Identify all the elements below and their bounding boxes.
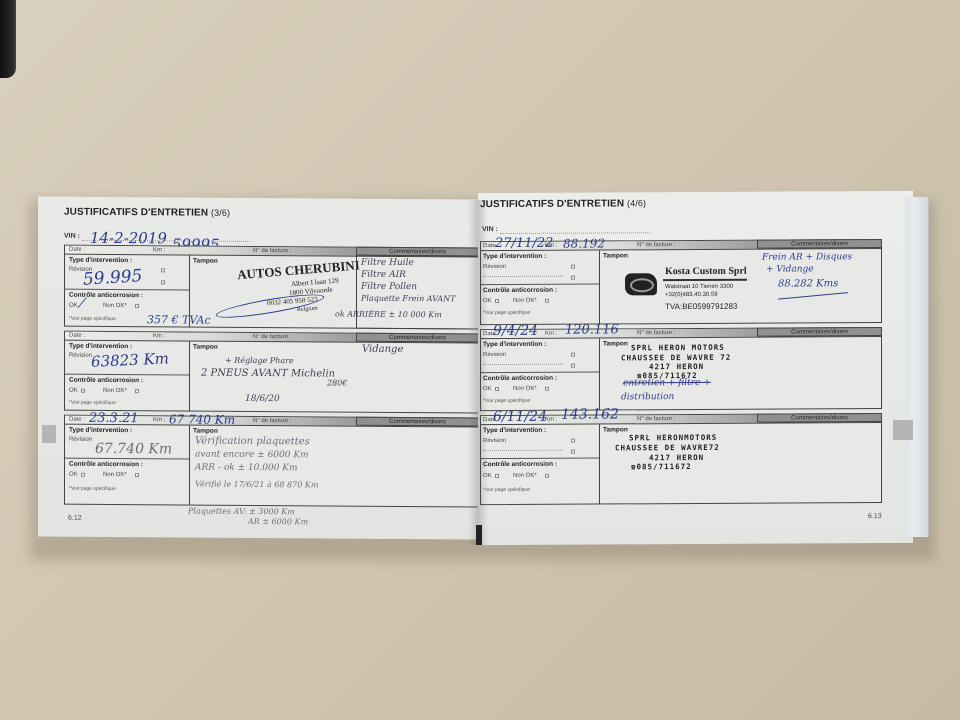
comments-header: Commentaires/divers — [757, 239, 882, 249]
stamp-name: SPRL HERON MOTORS — [631, 343, 725, 352]
ok-checkbox[interactable] — [81, 473, 85, 477]
see-page-note: *Voir page spécifique — [483, 310, 530, 316]
km-label: Km : — [545, 331, 557, 337]
not-ok-checkbox[interactable] — [545, 474, 549, 478]
not-ok-label: Non OK* — [103, 388, 127, 394]
stamp-address: CHAUSSEE DE WAVRE72 — [615, 443, 720, 453]
ok-checkbox[interactable] — [495, 387, 499, 391]
booklet-spine — [468, 200, 488, 545]
date-hw: 6/11/24 — [493, 410, 547, 424]
revision-checkbox[interactable] — [161, 268, 165, 272]
not-ok-label: Non OK* — [103, 303, 127, 309]
page-title: JUSTIFICATIFS D'ENTRETIEN (3/6) — [64, 207, 230, 219]
stamp-phone: ☎085/711672 — [631, 462, 692, 471]
service-entry-5: Date : Km : N° de facture : Type d'inter… — [480, 327, 882, 411]
ok-label: OK — [69, 472, 78, 478]
km-hw: 143.162 — [561, 407, 619, 421]
type-label: Type d'intervention : — [69, 343, 132, 350]
see-page-note: *Voir page spécifique — [69, 486, 116, 492]
km-label: Km : — [153, 247, 165, 253]
vin-line — [500, 232, 650, 234]
page-number: 6.13 — [868, 513, 882, 520]
date-label: Date : — [69, 417, 85, 423]
service-entry-6: Date : Km : N° de facture : Type d'inter… — [480, 413, 882, 505]
not-ok-label: Non OK* — [103, 472, 127, 478]
not-ok-checkbox[interactable] — [135, 389, 139, 393]
km-hw: 120.116 — [565, 323, 619, 336]
left-page: JUSTIFICATIFS D'ENTRETIEN (3/6) VIN : 14… — [38, 196, 478, 539]
ok-checkbox[interactable] — [81, 389, 85, 393]
service-entry-3: Date : Km : N° de facture : Type d'inter… — [64, 415, 479, 508]
anticorrosion-label: Contrôle anticorrosion : — [483, 287, 557, 294]
phone-edge — [0, 0, 16, 78]
invoice-label: N° de facture : — [253, 418, 291, 424]
stamp-phone: +32(0)483.40.30.59 — [665, 292, 718, 298]
date-label: Date : — [69, 247, 85, 253]
not-ok-label: Non OK* — [513, 298, 537, 304]
invoice-label: N° de facture : — [253, 248, 291, 254]
km-label: Km : — [153, 333, 165, 339]
stamp-address: Walstraat 10 Tienen 3300 — [665, 284, 733, 290]
revision-checkbox[interactable] — [571, 439, 575, 443]
km-label: Km : — [153, 417, 165, 423]
revision-checkbox[interactable] — [571, 265, 575, 269]
stamp-vat: TVA:BE0599791283 — [665, 302, 737, 311]
ok-checkbox[interactable] — [495, 474, 499, 478]
service-entry-2: Date : Km : N° de facture : Type d'inter… — [64, 331, 479, 414]
type-label: Type d'intervention : — [483, 341, 546, 348]
revision-km-hw: 67.740 Km — [95, 442, 172, 457]
stamp-label: Tampon — [193, 344, 218, 351]
comments-header: Commentaires/divers — [356, 417, 479, 427]
anticorrosion-label: Contrôle anticorrosion : — [69, 461, 143, 469]
date-hw: 9/4/24 — [493, 324, 538, 338]
date-hw: 23.3.21 — [89, 412, 139, 425]
type-label: Type d'intervention : — [69, 427, 132, 434]
page-number: 6.12 — [68, 515, 82, 522]
not-ok-checkbox[interactable] — [545, 387, 549, 391]
comments-header: Commentaires/divers — [757, 413, 882, 423]
spine-binding — [476, 525, 482, 545]
invoice-label: N° de facture : — [253, 334, 291, 340]
revision-label: Révision — [69, 353, 92, 359]
type-label: Type d'intervention : — [483, 253, 546, 260]
type-label: Type d'intervention : — [483, 427, 546, 434]
revision-km-hw: 59.995 — [82, 268, 143, 289]
stamp-label: Tampon — [603, 340, 628, 347]
stamp-address: CHAUSSEE DE WAVRE 72 — [621, 353, 731, 363]
date-label: Date : — [69, 333, 85, 339]
vin-label: VIN : — [64, 233, 80, 240]
other-checkbox[interactable] — [161, 280, 165, 284]
page-stack-edge — [905, 197, 929, 537]
ok-check-hw: ⁄ — [81, 297, 83, 311]
comments-header: Commentaires/divers — [356, 333, 479, 343]
see-page-note: *Voir page spécifique — [483, 398, 530, 404]
invoice-label: N° de facture : — [637, 416, 675, 422]
stamp-label: Tampon — [603, 252, 628, 259]
comments-header: Commentaires/divers — [757, 327, 882, 337]
section-tab-left — [42, 425, 56, 443]
anticorrosion-label: Contrôle anticorrosion : — [69, 377, 143, 385]
not-ok-checkbox[interactable] — [135, 304, 139, 308]
stamp-name: SPRL HERONMOTORS — [629, 433, 717, 442]
see-page-note: *Voir page spécifique — [69, 400, 116, 406]
other-checkbox[interactable] — [571, 276, 575, 280]
not-ok-checkbox[interactable] — [545, 299, 549, 303]
kosta-logo-icon — [625, 273, 657, 295]
price-hw: 357 € TVAc — [147, 314, 211, 325]
ok-label: OK — [69, 303, 78, 309]
revision-label: Révision — [69, 437, 92, 443]
date-hw: 27/11/22 — [495, 237, 553, 250]
stamp-city: 4217 HERON — [649, 362, 704, 371]
section-tab-right — [893, 420, 913, 440]
stamp-city: 4217 HERON — [649, 453, 704, 462]
anticorrosion-label: Contrôle anticorrosion : — [483, 375, 557, 382]
not-ok-label: Non OK* — [513, 386, 537, 392]
ok-label: OK — [69, 388, 78, 394]
invoice-label: N° de facture : — [637, 242, 675, 248]
km-hw: 67 740 Km — [169, 413, 235, 425]
other-checkbox[interactable] — [571, 364, 575, 368]
right-page: JUSTIFICATIFS D'ENTRETIEN (4/6) VIN : Da… — [478, 191, 913, 545]
stamp-label: Tampon — [603, 426, 628, 433]
ok-checkbox[interactable] — [495, 299, 499, 303]
page-title: JUSTIFICATIFS D'ENTRETIEN (4/6) — [480, 198, 646, 210]
see-page-note: *Voir page spécifique — [483, 487, 530, 493]
revision-km-hw: 63823 Km — [91, 351, 170, 370]
other-checkbox[interactable] — [571, 450, 575, 454]
revision-checkbox[interactable] — [571, 353, 575, 357]
type-label: Type d'intervention : — [69, 257, 132, 264]
see-page-note: *Voir page spécifique — [69, 316, 116, 322]
invoice-label: N° de facture : — [637, 330, 675, 336]
anticorrosion-label: Contrôle anticorrosion : — [483, 461, 557, 468]
stamp-label: Tampon — [193, 428, 218, 435]
comments-box-1: Filtre Huile Filtre AIR Filtre Pollen Pl… — [356, 255, 479, 330]
not-ok-checkbox[interactable] — [135, 473, 139, 477]
stamp-name: Kosta Custom Sprl — [665, 266, 747, 277]
not-ok-label: Non OK* — [513, 473, 537, 479]
km-hw: 88.192 — [563, 237, 605, 249]
comments-hw: Vidange — [362, 345, 403, 355]
stamp-label: Tampon — [193, 258, 218, 265]
